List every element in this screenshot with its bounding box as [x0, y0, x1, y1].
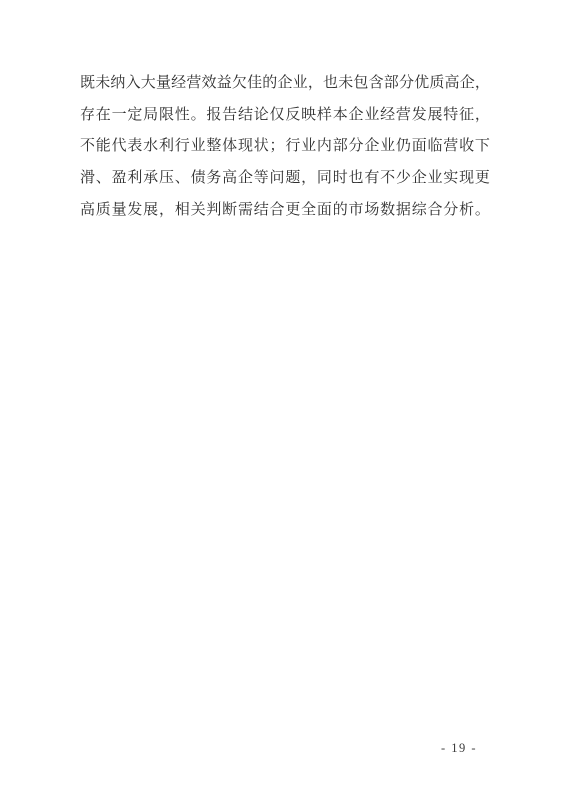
- paragraph-line: 高质量发展，相关判断需结合更全面的市场数据综合分析。: [80, 195, 490, 227]
- paragraph-line: 不能代表水利行业整体现状；行业内部分企业仍面临营收下: [80, 131, 490, 163]
- document-page: 既未纳入大量经营效益欠佳的企业，也未包含部分优质高企， 存在一定局限性。报告结论…: [0, 0, 565, 798]
- paragraph-line: 存在一定局限性。报告结论仅反映样本企业经营发展特征，: [80, 100, 490, 132]
- paragraph-line: 既未纳入大量经营效益欠佳的企业，也未包含部分优质高企，: [80, 68, 490, 100]
- paragraph-line: 滑、盈利承压、债务高企等问题，同时也有不少企业实现更: [80, 163, 490, 195]
- paragraph: 既未纳入大量经营效益欠佳的企业，也未包含部分优质高企， 存在一定局限性。报告结论…: [80, 68, 490, 227]
- page-number: - 19 -: [441, 741, 477, 756]
